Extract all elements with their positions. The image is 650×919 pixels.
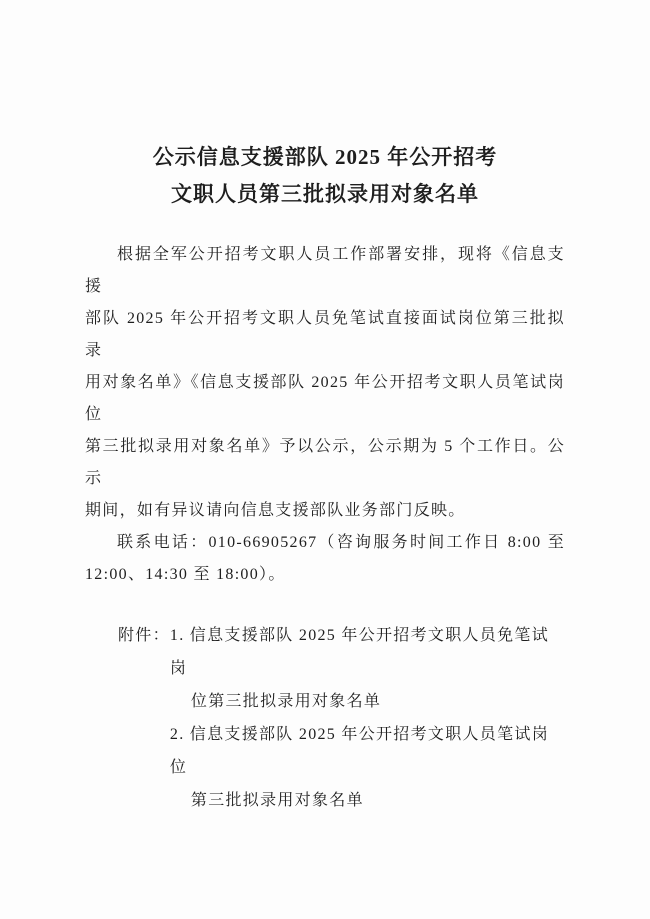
body-line-5: 期间，如有异议请向信息支援部队业务部门反映。 <box>85 495 565 527</box>
title-line-1: 公示信息支援部队 2025 年公开招考 <box>85 139 565 176</box>
attachment-item-2: 2. 信息支援部队 2025 年公开招考文职人员笔试岗位 第三批拟录用对象名单 <box>170 718 565 817</box>
body-line-4: 第三批拟录用对象名单》予以公示，公示期为 5 个工作日。公示 <box>85 431 565 495</box>
attachment-item-1: 1. 信息支援部队 2025 年公开招考文职人员免笔试岗 位第三批拟录用对象名单 <box>170 619 565 718</box>
attachment-1-line-1: 1. 信息支援部队 2025 年公开招考文职人员免笔试岗 <box>170 619 565 685</box>
attachments-label: 附件： <box>118 619 170 652</box>
attachment-2-line-2: 第三批拟录用对象名单 <box>170 784 565 817</box>
title-line-2: 文职人员第三批拟录用对象名单 <box>85 176 565 213</box>
contact-paragraph: 联系电话：010-66905267（咨询服务时间工作日 8:00 至 12:00… <box>85 527 565 591</box>
body-line-3: 用对象名单》《信息支援部队 2025 年公开招考文职人员笔试岗位 <box>85 367 565 431</box>
document-title: 公示信息支援部队 2025 年公开招考 文职人员第三批拟录用对象名单 <box>85 139 565 213</box>
attachment-2-line-1: 2. 信息支援部队 2025 年公开招考文职人员笔试岗位 <box>170 718 565 784</box>
body-paragraph: 根据全军公开招考文职人员工作部署安排，现将《信息支援 部队 2025 年公开招考… <box>85 239 565 591</box>
document-page: 公示信息支援部队 2025 年公开招考 文职人员第三批拟录用对象名单 根据全军公… <box>0 0 650 919</box>
attachment-1-line-2: 位第三批拟录用对象名单 <box>170 685 565 718</box>
body-line-1: 根据全军公开招考文职人员工作部署安排，现将《信息支援 <box>85 239 565 303</box>
contact-line-1: 联系电话：010-66905267（咨询服务时间工作日 8:00 至 <box>85 527 565 559</box>
attachments-list: 1. 信息支援部队 2025 年公开招考文职人员免笔试岗 位第三批拟录用对象名单… <box>170 619 565 817</box>
body-line-2: 部队 2025 年公开招考文职人员免笔试直接面试岗位第三批拟录 <box>85 303 565 367</box>
contact-line-2: 12:00、14:30 至 18:00）。 <box>85 559 565 591</box>
attachments-section: 附件： 1. 信息支援部队 2025 年公开招考文职人员免笔试岗 位第三批拟录用… <box>118 619 565 817</box>
